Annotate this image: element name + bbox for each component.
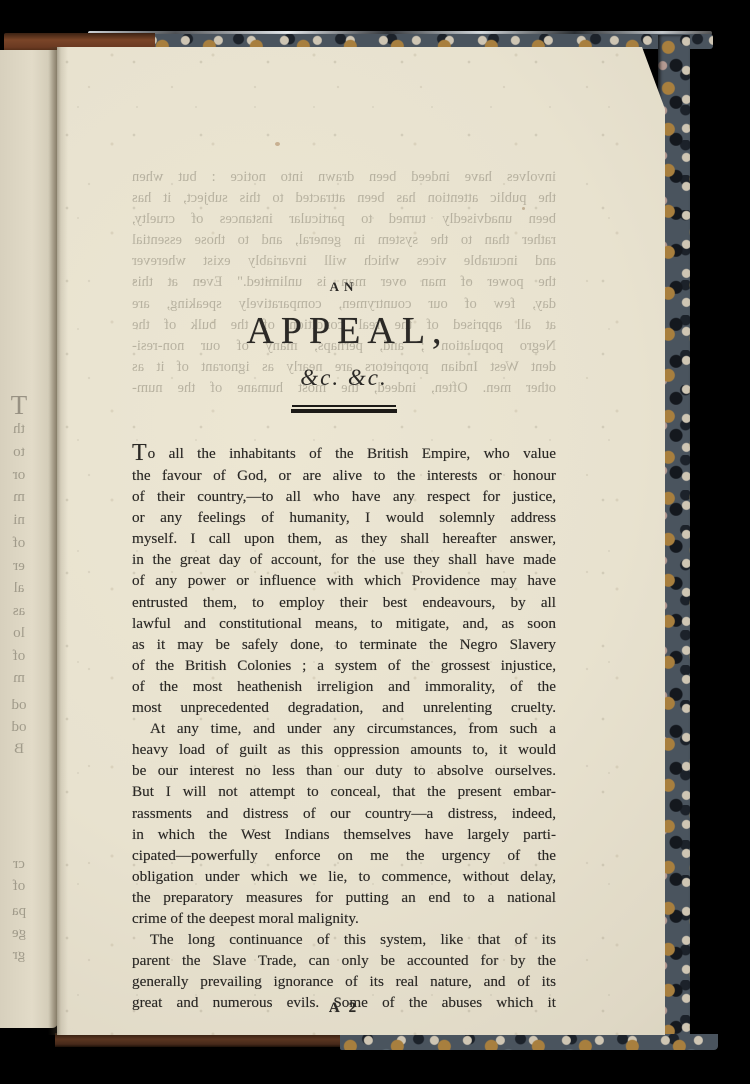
body-line: heavy load of guilt as this oppression a…: [132, 739, 556, 760]
body-line: entrusted them, to employ their best end…: [132, 592, 556, 613]
showthrough-fragment: er: [2, 558, 36, 575]
body-line: parent the Slave Trade, can only be acco…: [132, 950, 556, 971]
body-line: the favour of God, or are alive to the i…: [132, 465, 556, 486]
showthrough-fragment: B: [2, 741, 36, 758]
showthrough-fragment: al: [2, 580, 36, 597]
book-page: involves have indeed been drawn into not…: [57, 47, 665, 1035]
body-line: myself. I call upon them, as they shall …: [132, 528, 556, 549]
book-board-bottom-marbled-edge: [340, 1034, 718, 1050]
showthrough-fragment: lo: [2, 625, 36, 642]
book-board-top-marbled-edge: [58, 34, 713, 49]
body-line: To all the inhabitants of the British Em…: [132, 441, 556, 465]
showthrough-fragment: of: [2, 648, 36, 665]
body-line: in which the West Indians themselves hav…: [132, 824, 556, 845]
body-line: rassments and distress of our country—a …: [132, 803, 556, 824]
body-line: of their country,—to all who have any re…: [132, 486, 556, 507]
book-board-bottom-leather-edge: [55, 1033, 367, 1047]
rule-thick: [291, 409, 397, 413]
body-line: of the British Colonies ; a system of th…: [132, 655, 556, 676]
body-line: lawful and constitutional means, to miti…: [132, 613, 556, 634]
body-line: crime of the deepest moral malignity.: [132, 908, 556, 929]
showthrough-fragment: m: [2, 670, 36, 687]
body-line: At any time, and under any circumstances…: [132, 718, 556, 739]
body-line: The long continuance of this system, lik…: [132, 929, 556, 950]
showthrough-fragment: od: [2, 697, 36, 714]
body-line: the preparatory measures for putting an …: [132, 887, 556, 908]
body-line: cipated—powerfully enforce on me the urg…: [132, 845, 556, 866]
showthrough-fragment: pa: [2, 903, 36, 920]
showthrough-fragment: ge: [2, 925, 36, 942]
showthrough-fragment: of: [2, 878, 36, 895]
body-line: in the great day of account, for the use…: [132, 549, 556, 570]
showthrough-fragment: of: [2, 535, 36, 552]
printed-content: AN APPEAL, &c. &c. To all the inhabitant…: [132, 47, 556, 1035]
showthrough-fragment: cr: [2, 856, 36, 873]
half-title-kicker: AN: [132, 279, 556, 295]
body-line: most unprecedented degradation, and unre…: [132, 697, 556, 718]
showthrough-fragment: gr: [2, 947, 36, 964]
showthrough-fragment: to: [2, 444, 36, 461]
showthrough-fragment: th: [2, 421, 36, 438]
half-title: APPEAL,: [132, 309, 556, 353]
body-line: of the most heathenish irreligion and im…: [132, 676, 556, 697]
showthrough-fragment: od: [2, 719, 36, 736]
body-text: To all the inhabitants of the British Em…: [132, 441, 556, 1013]
body-line: of any power or influence with which Pro…: [132, 570, 556, 591]
body-line: obligation under which we lie, to commen…: [132, 866, 556, 887]
lead-capital: T: [132, 440, 148, 466]
book-photo: TthtoormnioferalasloofmododBcrofpagegr i…: [0, 0, 750, 1084]
body-line: be our interest no less than our duty to…: [132, 760, 556, 781]
showthrough-fragment: T: [2, 390, 36, 421]
body-line: But I will not attempt to conceal, that …: [132, 781, 556, 802]
half-title-etc: &c. &c.: [132, 365, 556, 391]
rule-thin: [292, 405, 396, 407]
body-line: as it may be safely done, to terminate t…: [132, 634, 556, 655]
showthrough-fragment: as: [2, 603, 36, 620]
facing-page-edge: TthtoormnioferalasloofmododBcrofpagegr: [0, 50, 58, 1028]
body-line: generally prevailing ignorance of its re…: [132, 971, 556, 992]
showthrough-fragment: m: [2, 489, 36, 506]
showthrough-fragment: ni: [2, 512, 36, 529]
double-rule: [291, 405, 397, 413]
signature-mark: A 2: [132, 1000, 556, 1017]
body-line: or any feelings of humanity, I would sol…: [132, 507, 556, 528]
showthrough-fragment: or: [2, 467, 36, 484]
